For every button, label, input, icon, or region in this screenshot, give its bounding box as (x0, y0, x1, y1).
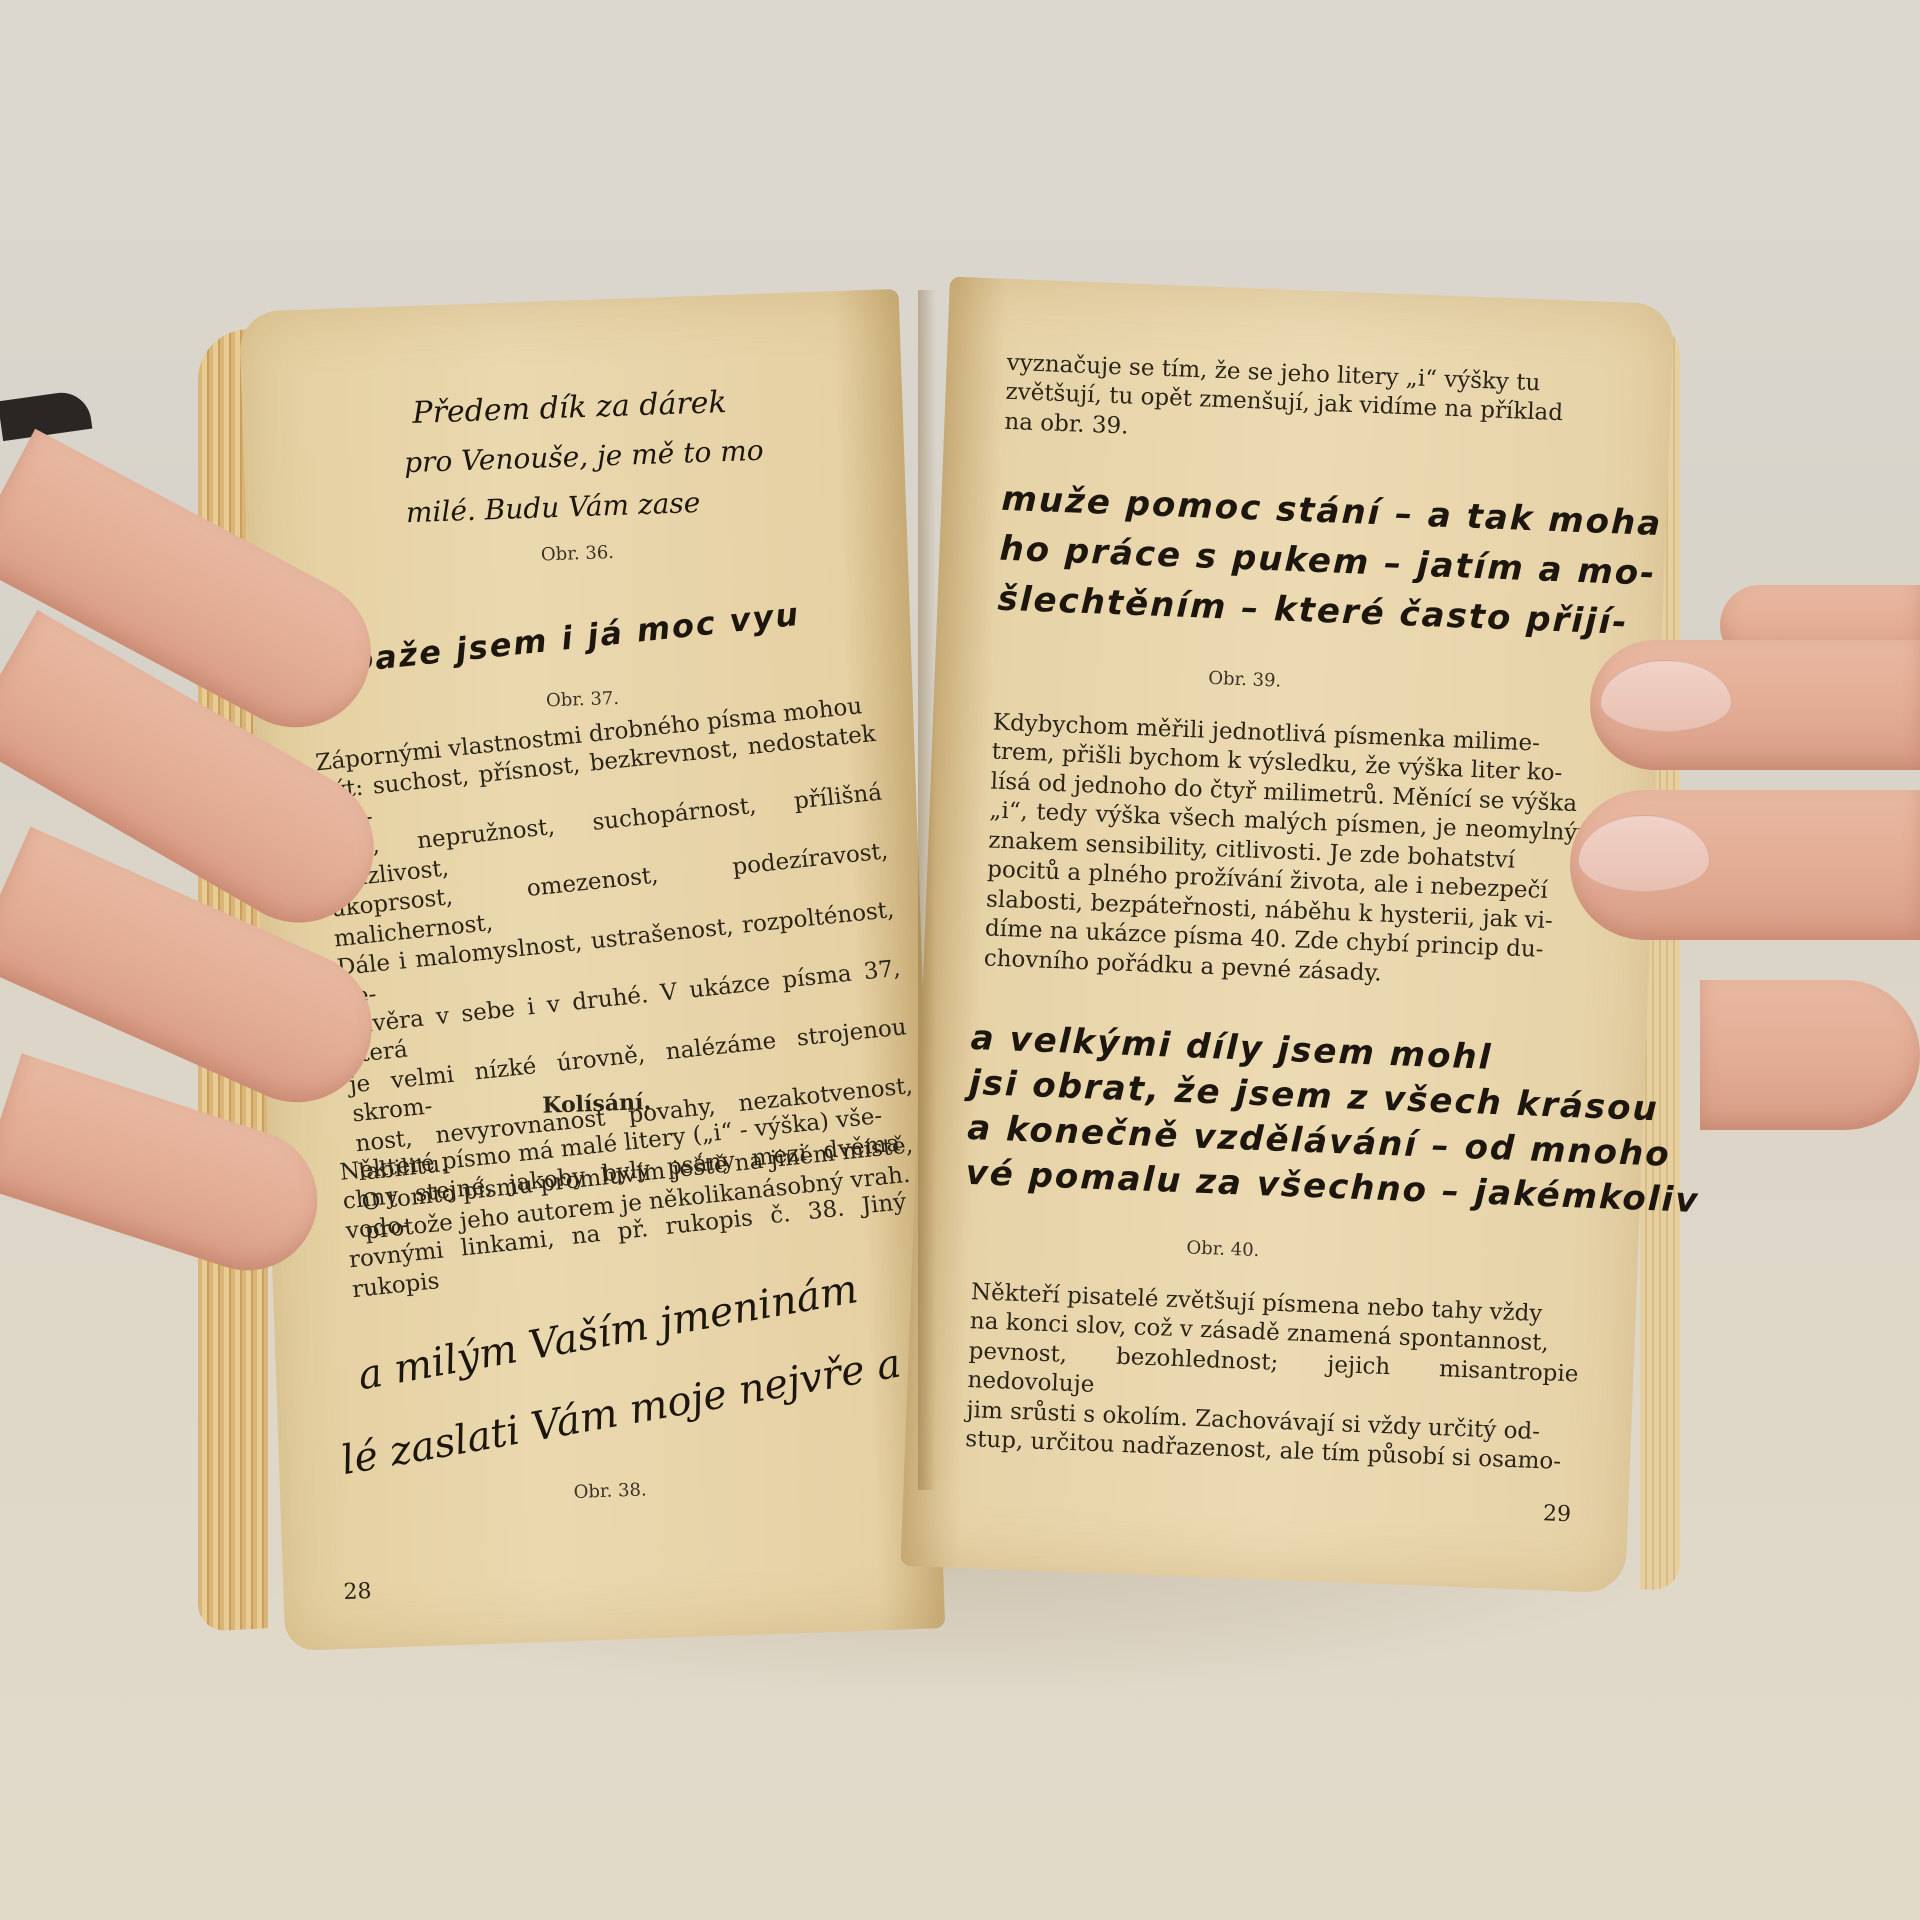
right-hand-ring-finger (1700, 980, 1920, 1130)
fingernail (1600, 660, 1732, 732)
figure-36-caption: Obr. 36. (247, 531, 907, 577)
spine-gutter (918, 290, 936, 1490)
paragraph-measurement: Kdybychom měřili jednotlivá písmenka mil… (983, 709, 1603, 997)
figure-36-handwriting-line: Předem dík za dárek (412, 385, 727, 431)
figure-36-handwriting-line: pro Venouše, je mě to mo (404, 434, 764, 480)
photo-scene: Předem dík za dárek pro Venouše, je mě t… (0, 0, 1920, 1920)
paragraph-intro: vyznačuje se tím, že se jeho litery „i“ … (1004, 349, 1617, 461)
page-number-left: 28 (343, 1578, 372, 1607)
right-hand-middle-finger (1570, 790, 1920, 940)
fingernail (1578, 815, 1710, 892)
figure-36-handwriting-line: milé. Budu Vám zase (405, 486, 700, 529)
paragraph-end-stroke: Někteří pisatelé zvětšují písmena nebo t… (965, 1278, 1581, 1478)
page-number-right: 29 (1542, 1500, 1571, 1529)
figure-40-caption: Obr. 40. (913, 1226, 1533, 1273)
right-page: vyznačuje se tím, že se jeho litery „i“ … (901, 277, 1675, 1594)
dark-sleeve (0, 389, 92, 441)
right-hand-index-finger (1590, 640, 1920, 770)
figure-39-caption: Obr. 39. (935, 656, 1555, 703)
